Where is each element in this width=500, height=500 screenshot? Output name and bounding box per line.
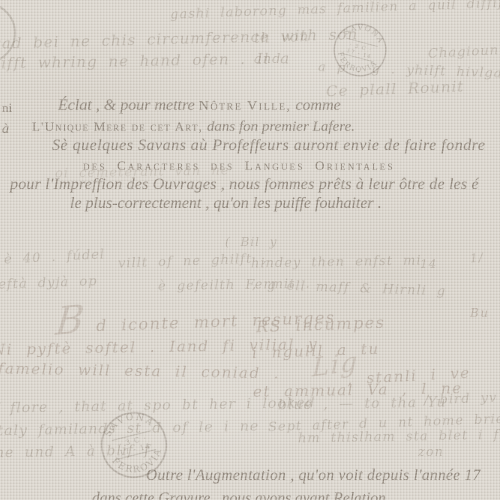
cursive-line: RS incumpes <box>256 313 386 337</box>
printed-line-1: Éclat , & pour mettre Nôtre Ville, comme <box>58 97 341 115</box>
script-fragment: / bird yv <box>424 391 498 409</box>
printed-line-2: L'Unique Mere de cet Art, dans fon premi… <box>32 119 355 136</box>
printed-line-3: Sè quelques Savans aù Profeffeurs auront… <box>52 137 485 155</box>
script-fragment: Ce plall Rounit <box>326 78 465 101</box>
script-fragment: è 40 . fúdel <box>4 247 106 267</box>
script-fragment: zon <box>418 445 444 460</box>
printed-line-6: le plus-correctement , qu'on les puiffe … <box>70 195 382 213</box>
cursive-flourish-capital: B <box>54 296 88 344</box>
printed-fragment: ni <box>2 100 12 116</box>
script-fragment: th von <box>254 29 310 47</box>
script-line: gashi laborong mas familien a quil diffi… <box>170 0 500 23</box>
printed-segment: Éclat , & pour mettre <box>58 97 199 114</box>
script-fragment: ( Bil y <box>225 235 278 249</box>
printed-fragment: à <box>2 122 9 138</box>
printed-line-8: dans cette Gravure , nous avons ayant Re… <box>92 490 386 500</box>
cursive-fragment: Bu <box>470 306 490 320</box>
printed-segment: dans fon premier Lafere. <box>203 119 355 135</box>
script-line: mifft whring ne hand ofen . Il a <box>0 49 290 72</box>
script-fragment: Chagioun <box>428 43 500 62</box>
cursive-line: famelio will esta il coniad . <box>0 360 280 383</box>
script-fragment: teftà dyjà op <box>0 274 98 293</box>
stamp-arc-text: SAVONA <box>341 18 389 47</box>
printed-line-7: Outre l'Augmentation , qu'on voit depuis… <box>146 467 481 485</box>
printed-segment: L'Unique Mere de cet Art, <box>32 119 203 134</box>
script-fragment: hindey then enfst mi <box>251 254 422 272</box>
printed-segment: comme <box>291 97 340 114</box>
script-fragment: 1/ <box>470 251 485 266</box>
vintage-script-linen-pattern: gashi laborong mas familien a quil diffi… <box>0 0 500 500</box>
printed-segment: Nôtre Ville, <box>199 99 292 114</box>
script-fragment: villt of ne ghilft , <box>118 251 268 271</box>
script-fragment: , g ell maff & Hirnli g <box>252 278 447 300</box>
script-fragment: and <box>254 52 281 67</box>
script-fragment: blue , — to tha Yu <box>278 395 447 414</box>
printed-line-5: pour l'Impreffion des Ouvrages , nous fo… <box>10 176 479 194</box>
script-fragment: 14 <box>420 257 437 271</box>
